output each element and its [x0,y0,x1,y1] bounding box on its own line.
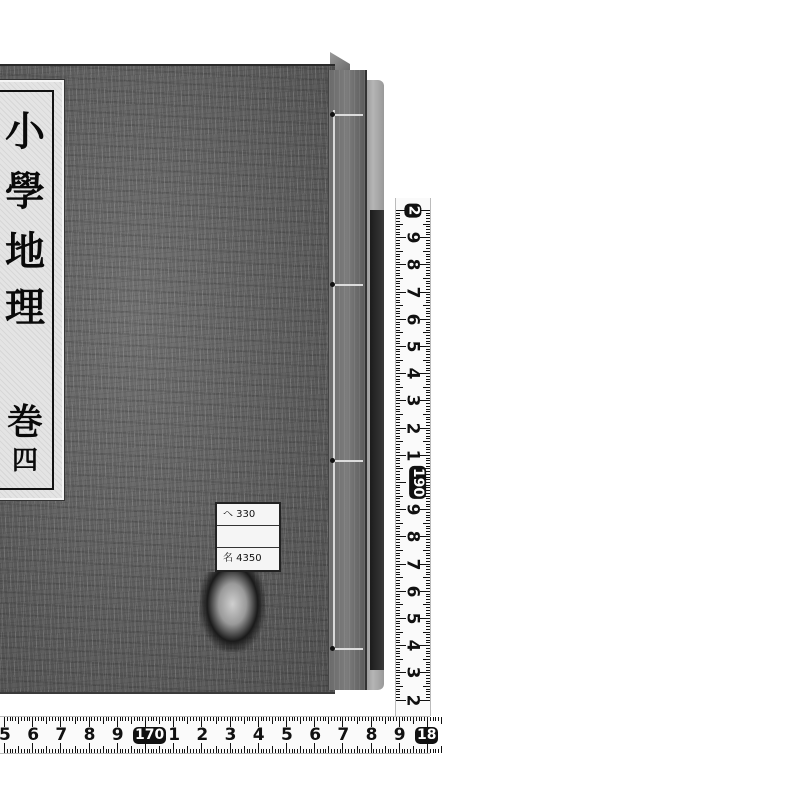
ruler-tick [142,717,143,721]
ruler-tick [162,749,163,753]
ruler-tick [396,623,400,624]
ruler-tick [426,267,430,268]
ruler-label: 190 [409,466,426,499]
ruler-tick [426,411,430,412]
ruler-tick [426,313,430,314]
ruler-tick [7,717,8,721]
ruler-tick [255,749,256,753]
ruler-tick [97,717,98,721]
ruler-tick [145,717,146,727]
ruler-tick [345,717,346,721]
ruler-tick [396,588,400,589]
ruler-tick [21,749,22,753]
ruler-tick [396,596,400,597]
ruler-tick [63,717,64,721]
ruler-tick [426,697,430,698]
ruler-tick [111,717,112,721]
ruler-tick [426,460,430,461]
ruler-tick [294,717,295,721]
ruler-tick [426,594,430,595]
ruler-tick [426,662,430,663]
ruler-tick [396,308,400,309]
ruler-tick [396,574,400,575]
ruler-tick [165,717,166,721]
ruler-tick [278,749,279,753]
ruler-tick [426,487,430,488]
ruler-tick [244,717,245,724]
ruler-tick [396,572,400,573]
ruler-tick [396,370,400,371]
ruler-tick [396,523,403,524]
ruler-tick [142,749,143,753]
ruler-tick [426,648,430,649]
ruler-tick [396,487,400,488]
ruler-tick [100,749,101,753]
ruler-tick [426,449,430,450]
ruler-tick [77,749,78,753]
ruler-tick [393,749,394,753]
ruler-tick [426,262,430,263]
ruler-tick [441,717,442,724]
ruler-tick [263,717,264,721]
ruler-tick [426,232,430,233]
ruler-tick [426,531,430,532]
ruler-tick [300,717,301,724]
ruler-tick [252,749,253,753]
ruler-tick [396,224,403,225]
ruler-tick [331,717,332,721]
ruler-tick [426,602,430,603]
ruler-tick [430,717,431,721]
ruler-tick [426,558,430,559]
ruler-tick [320,749,321,753]
ruler-tick [426,626,430,627]
ruler-tick [426,430,430,431]
ruler-tick [91,749,92,753]
ruler-tick [426,670,430,671]
horizontal-ruler: 5678917012345678918 [0,716,430,754]
ruler-tick [261,749,262,753]
ruler-tick [69,717,70,721]
ruler-tick [24,717,25,721]
ruler-tick [396,433,400,434]
ruler-tick [80,749,81,753]
ruler-tick [7,749,8,753]
ruler-tick [423,414,430,415]
ruler-tick [396,278,403,279]
ruler-tick [396,599,400,600]
ruler-tick [235,749,236,753]
ruler-label: 8 [403,531,420,543]
ruler-tick [423,632,430,633]
ruler-tick [10,749,11,753]
ruler-tick [396,550,403,551]
ruler-tick [266,717,267,721]
ruler-label: 7 [403,558,420,570]
ruler-tick [426,452,430,453]
ruler-tick [426,656,430,657]
ruler-tick [69,749,70,753]
ruler-tick [426,300,430,301]
ruler-tick [396,302,400,303]
ruler-tick [179,717,180,721]
ruler-tick [153,717,154,721]
ruler-tick [426,504,430,505]
ruler-tick [426,528,430,529]
ruler-tick [402,749,403,753]
ruler-tick [396,232,400,233]
ruler-tick [272,746,273,753]
volume-number-char: 四 [0,440,50,477]
ruler-tick [275,717,276,721]
ruler-tick [419,717,420,721]
ruler-tick [52,717,53,721]
ruler-tick [58,749,59,753]
ruler-tick [426,308,430,309]
ruler-tick [396,583,400,584]
ruler-tick [75,717,76,724]
ruler-tick [190,717,191,721]
ruler-tick [426,354,430,355]
ruler-tick [396,360,403,361]
ruler-tick [426,294,430,295]
ruler-tick [427,717,428,727]
ruler-tick [249,717,250,721]
ruler-tick [396,749,397,753]
ruler-tick [125,749,126,753]
ruler-tick [396,411,400,412]
ruler-tick [396,376,400,377]
ruler-tick [46,746,47,753]
ruler-tick [396,610,400,611]
ruler-tick [396,621,400,622]
ruler-tick [43,749,44,753]
ruler-label: 7 [337,727,349,744]
ruler-tick [390,717,391,721]
ruler-tick [165,749,166,753]
ruler-tick [362,717,363,721]
ruler-tick [216,717,217,724]
ruler-label: 3 [225,727,237,744]
ruler-tick [396,330,400,331]
ruler-tick [396,632,403,633]
ruler-tick [86,717,87,721]
ruler-tick [199,717,200,721]
ruler-tick [430,749,431,753]
ruler-tick [348,717,349,721]
ruler-tick [426,357,430,358]
ruler-tick [396,642,400,643]
ruler-tick [55,749,56,753]
ruler-tick [396,289,400,290]
ruler-tick [396,667,400,668]
ruler-label: 1 [168,727,180,744]
ruler-tick [396,430,400,431]
ruler-tick [168,749,169,753]
ruler-tick [396,362,400,363]
ruler-tick [396,338,400,339]
ruler-tick [106,749,107,753]
ruler-tick [426,302,430,303]
ruler-tick [106,717,107,721]
ruler-tick [426,681,430,682]
ruler-tick [396,528,400,529]
ruler-tick [396,259,400,260]
title-char: 理 [0,276,50,333]
ruler-tick [100,717,101,721]
ruler-label: 9 [394,727,406,744]
ruler-tick [396,341,400,342]
ruler-tick [410,749,411,753]
ruler-tick [426,343,430,344]
ruler-tick [426,474,430,475]
ruler-tick [396,468,403,469]
ruler-tick [80,717,81,721]
ruler-tick [94,749,95,753]
ruler-tick [426,283,430,284]
ruler-tick [426,534,430,535]
ruler-tick [224,717,225,721]
ruler-tick [426,281,430,282]
ruler-tick [426,566,430,567]
ruler-tick [426,324,430,325]
ruler-tick [426,621,430,622]
ruler-tick [426,640,430,641]
ruler-tick [176,749,177,753]
ruler-label: 5 [0,727,11,744]
ruler-tick [396,542,400,543]
ruler-tick [320,717,321,721]
ruler-tick [396,569,400,570]
ruler-tick [426,243,430,244]
ruler-tick [151,717,152,721]
ruler-label: 1 [403,449,420,461]
ruler-tick [426,580,430,581]
ruler-tick [255,717,256,721]
ruler-tick [24,749,25,753]
ruler-tick [244,746,245,753]
ruler-tick [292,717,293,721]
ruler-tick [376,749,377,753]
ruler-tick [426,297,430,298]
ruler-tick [354,749,355,753]
ruler-tick [426,629,430,630]
ruler-tick [396,365,400,366]
ruler-tick [426,254,430,255]
binding-thread [331,284,363,286]
ruler-tick [396,477,400,478]
ruler-tick [292,749,293,753]
ruler-tick [396,479,400,480]
ruler-tick [396,534,400,535]
ruler-tick [390,749,391,753]
ruler-tick [396,243,400,244]
ruler-tick [184,749,185,753]
ruler-label: 2 [196,727,208,744]
ruler-tick [340,717,341,721]
ruler-tick [396,354,400,355]
ruler-tick [396,629,400,630]
ruler-tick [300,746,301,753]
ruler-tick [426,479,430,480]
ruler-tick [433,749,434,753]
ruler-tick [426,419,430,420]
ruler-tick [426,653,430,654]
ruler-tick [396,444,400,445]
ruler-tick [238,749,239,753]
ruler-tick [441,746,442,753]
ruler-tick [170,749,171,753]
ruler-tick [388,717,389,721]
ruler-tick [426,651,430,652]
ruler-tick [120,749,121,753]
ruler-tick [426,675,430,676]
ruler-tick [396,245,400,246]
binding-thread [331,460,363,462]
ruler-tick [94,717,95,721]
ruler-tick [385,746,386,753]
ruler-tick [153,749,154,753]
ruler-tick [426,409,430,410]
ruler-tick [196,749,197,753]
ruler-tick [345,749,346,753]
ruler-tick [396,286,400,287]
ruler-tick [43,717,44,721]
ruler-tick [382,717,383,721]
ruler-tick [55,717,56,721]
ruler-tick [396,322,400,323]
ruler-tick [247,717,248,721]
ruler-tick [227,749,228,753]
ruler-label: 6 [403,313,420,325]
ruler-tick [426,466,430,467]
ruler-tick [120,717,121,721]
ruler-tick [423,659,430,660]
ruler-tick [396,553,400,554]
ruler-tick [396,466,400,467]
ruler-tick [182,717,183,721]
ruler-tick [396,689,400,690]
ruler-tick [396,566,400,567]
ruler-tick [426,403,430,404]
ruler-tick [15,717,16,721]
vertical-ruler: 298765432119098765432 [395,198,431,716]
label-row [217,526,279,548]
ruler-label: 3 [403,667,420,679]
ruler-tick [249,749,250,753]
ruler-tick [83,717,84,721]
ruler-tick [396,324,400,325]
ruler-tick [426,569,430,570]
ruler-tick [72,749,73,753]
ruler-label: 7 [403,286,420,298]
ruler-tick [396,449,400,450]
ruler-tick [396,474,400,475]
ruler-tick [309,749,310,753]
ruler-tick [396,545,400,546]
ruler-tick [416,749,417,753]
ruler-tick [423,577,430,578]
ruler-tick [426,678,430,679]
ruler-tick [359,749,360,753]
ruler-label: 170 [133,727,166,744]
ruler-tick [382,749,383,753]
ruler-tick [426,286,430,287]
ruler-tick [396,213,400,214]
ruler-tick [396,602,400,603]
ruler-tick [221,717,222,721]
ruler-tick [396,384,400,385]
ruler-tick [396,390,400,391]
ruler-tick [410,717,411,721]
ruler-tick [426,477,430,478]
ruler-tick [148,717,149,721]
ruler-tick [426,273,430,274]
ruler-tick [331,749,332,753]
ruler-tick [423,550,430,551]
ruler-tick [263,749,264,753]
ruler-tick [311,749,312,753]
ruler-tick [297,717,298,721]
ruler-tick [396,637,400,638]
ruler-tick [393,717,394,721]
ruler-tick [426,311,430,312]
ruler-label: 5 [403,341,420,353]
ruler-tick [379,749,380,753]
ruler-tick [199,749,200,753]
ruler-tick [426,515,430,516]
ruler-tick [207,749,208,753]
ruler-tick [162,717,163,721]
shadow-strip [370,210,384,670]
ruler-tick [396,441,403,442]
ruler-tick [402,717,403,721]
ruler-tick [423,305,430,306]
ruler-tick [396,512,400,513]
ruler-tick [396,664,400,665]
ruler-tick [357,717,358,724]
ruler-label: 8 [403,259,420,271]
ruler-tick [35,749,36,753]
ruler-tick [426,381,430,382]
ruler-tick [396,313,400,314]
ruler-tick [396,273,400,274]
ruler-tick [368,717,369,721]
ruler-tick [396,501,400,502]
ruler-tick [426,436,430,437]
ruler-tick [27,749,28,753]
ruler-tick [396,683,400,684]
ruler-tick [396,275,400,276]
ruler-tick [97,749,98,753]
library-call-number-label: へ 330 名 4350 [215,502,281,572]
ruler-tick [396,651,400,652]
ruler-tick [108,717,109,721]
ruler-label: 4 [403,368,420,380]
ruler-tick [426,490,430,491]
ruler-tick [396,539,400,540]
ruler-tick [213,717,214,721]
ruler-tick [426,634,430,635]
ruler-tick [419,749,420,753]
ruler-tick [426,694,430,695]
ruler-tick [396,221,400,222]
ruler-tick [306,717,307,721]
ruler-tick [426,572,430,573]
ruler-tick [426,458,430,459]
ruler-tick [426,542,430,543]
ruler-tick [168,717,169,721]
